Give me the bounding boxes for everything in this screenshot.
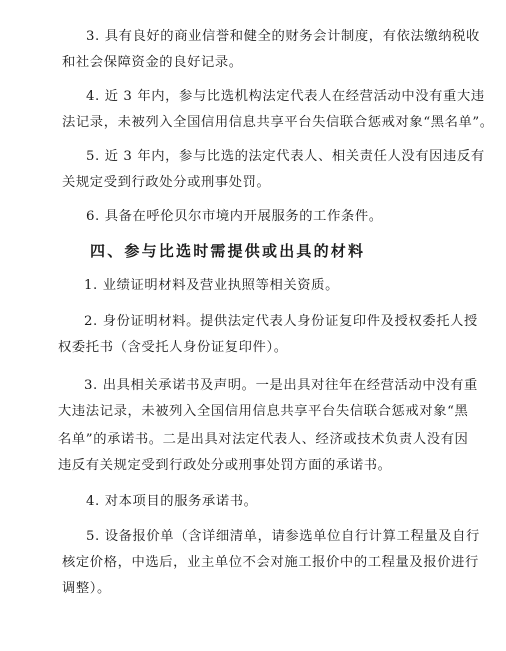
mat3-line3: 名单”的承诺书。二是出具对法定代表人、经济或技术负责人没有因 xyxy=(58,432,468,448)
section-heading: 四、参与比选时需提供或出具的材料 xyxy=(90,242,365,260)
mat3-line4: 违反有关规定受到行政处分或刑事处罚方面的承诺书。 xyxy=(58,458,392,474)
req5-line2: 关规定受到行政处分或刑事处罚。 xyxy=(62,175,270,191)
req3-line1: 3. 具有良好的商业信誉和健全的财务会计制度，有依法缴纳税收 xyxy=(86,29,480,45)
req4-line2: 法记录，未被列入全国信用信息共享平台失信联合惩戒对象“黑名单”。 xyxy=(62,115,494,131)
mat2-line2: 权委托书（含受托人身份证复印件）。 xyxy=(58,340,288,356)
req6-line1: 6. 具备在呼伦贝尔市境内开展服务的工作条件。 xyxy=(86,209,383,225)
mat3-line2: 大违法记录，未被列入全国信用信息共享平台失信联合惩戒对象“黑 xyxy=(58,404,468,420)
mat5-line1: 5. 设备报价单（含详细清单，请参选单位自行计算工程量及自行 xyxy=(86,529,480,545)
req3-line2: 和社会保障资金的良好记录。 xyxy=(62,55,243,71)
mat4-line1: 4. 对本项目的服务承诺书。 xyxy=(86,494,258,510)
mat5-line3: 调整）。 xyxy=(62,581,111,597)
mat5-line2: 核定价格，中选后，业主单位不会对施工报价中的工程量及报价进行 xyxy=(62,555,479,571)
mat3-line1: 3. 出具相关承诺书及声明。一是出具对往年在经营活动中没有重 xyxy=(84,378,478,394)
req4-line1: 4. 近 3 年内，参与比选机构法定代表人在经营活动中没有重大违 xyxy=(86,89,485,105)
mat2-line1: 2. 身份证明材料。提供法定代表人身份证复印件及授权委托人授 xyxy=(84,314,478,330)
req5-line1: 5. 近 3 年内，参与比选的法定代表人、相关责任人没有因违反有 xyxy=(86,149,485,165)
mat1-line1: 1. 业绩证明材料及营业执照等相关资质。 xyxy=(84,278,339,294)
